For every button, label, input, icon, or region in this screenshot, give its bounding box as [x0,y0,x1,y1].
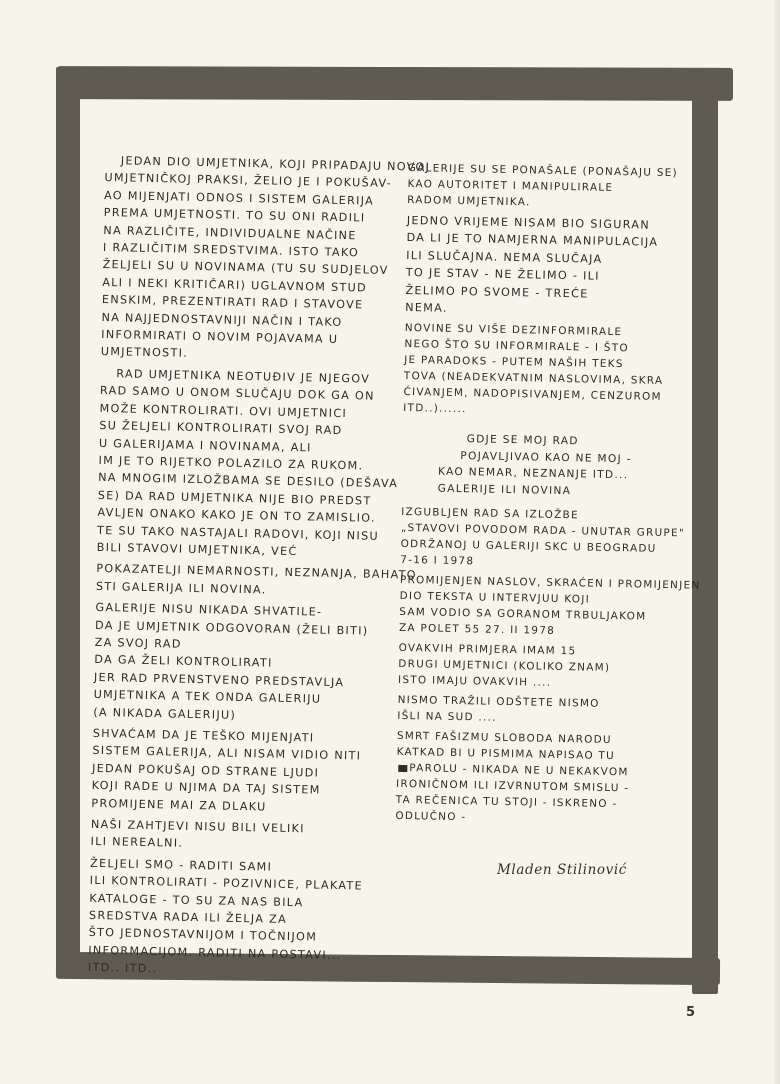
left-text-column: JEDAN DIO UMJETNIKA, KOJI PRIPADAJU NOVO… [88,152,431,987]
paragraph-not-sure-manipulation: JEDNO VRIJEME NISAM BIO SIGURAN DA LI JE… [405,212,708,322]
page-number: 5 [686,1005,695,1020]
paragraph-we-wanted: ŽELJELI SMO - RADITI SAMI ILI KONTROLIRA… [88,855,416,984]
paragraph-death-to-fascism: SMRT FAŠIZMU SLOBODA NARODU KATKAD BI U … [395,728,697,830]
paragraph-galleries-authority: GALERIJE SU SE PONAŠALE (PONAŠAJU SE) KA… [407,160,708,214]
paragraph-where-my-work-appeared: GDJE SE MOJ RAD POJAVLJIVAO KAO NE MOJ -… [402,430,704,502]
paragraph-inalienable-work: RAD UMJETNIKA NEOTUĐIV JE NJEGOV RAD SAM… [97,365,426,563]
paragraph-lost-work-exhibition: IZGUBLJEN RAD SA IZLOŽBE „STAVOVI POVODO… [400,504,702,574]
paragraph-newspapers-disinformed: NOVINE SU VIŠE DEZINFORMIRALE NEGO ŠTO S… [403,320,705,422]
paragraph-examples-count: OVAKVIH PRIMJERA IMAM 15 DRUGI UMJETNICI… [398,640,699,694]
frame-border-top [57,66,733,101]
paragraph-galleries-never-understood: GALERIJE NISU NIKADA SHVATILE- DA JE UMJ… [93,599,421,728]
paragraph-no-compensation: NISMO TRAŽILI ODŠTETE NISMO IŠLI NA SUD … [397,692,698,730]
paragraph-hard-to-change-system: SHVAĆAM DA JE TEŠKO MIJENJATI SISTEM GAL… [91,725,418,819]
author-signature: Mladen Stilinović [497,862,627,878]
paragraph-demands-not-big: NAŠI ZAHTJEVI NISU BILI VELIKI ILI NEREA… [90,816,416,858]
paragraph-indicators-negligence: POKAZATELJI NEMARNOSTI, NEZNANJA, BAHATO… [96,560,422,602]
paragraph-changed-title-interview: PROMIJENJEN NASLOV, SKRAĆEN I PROMIJENJE… [399,572,701,642]
right-text-column: GALERIJE SU SE PONAŠALE (PONAŠAJU SE) KA… [395,160,708,834]
frame-border-left [56,67,80,975]
ink-blot-icon [398,765,407,772]
page-edge [774,0,780,1084]
paragraph-artists-new-practice: JEDAN DIO UMJETNIKA, KOJI PRIPADAJU NOVO… [101,152,431,368]
